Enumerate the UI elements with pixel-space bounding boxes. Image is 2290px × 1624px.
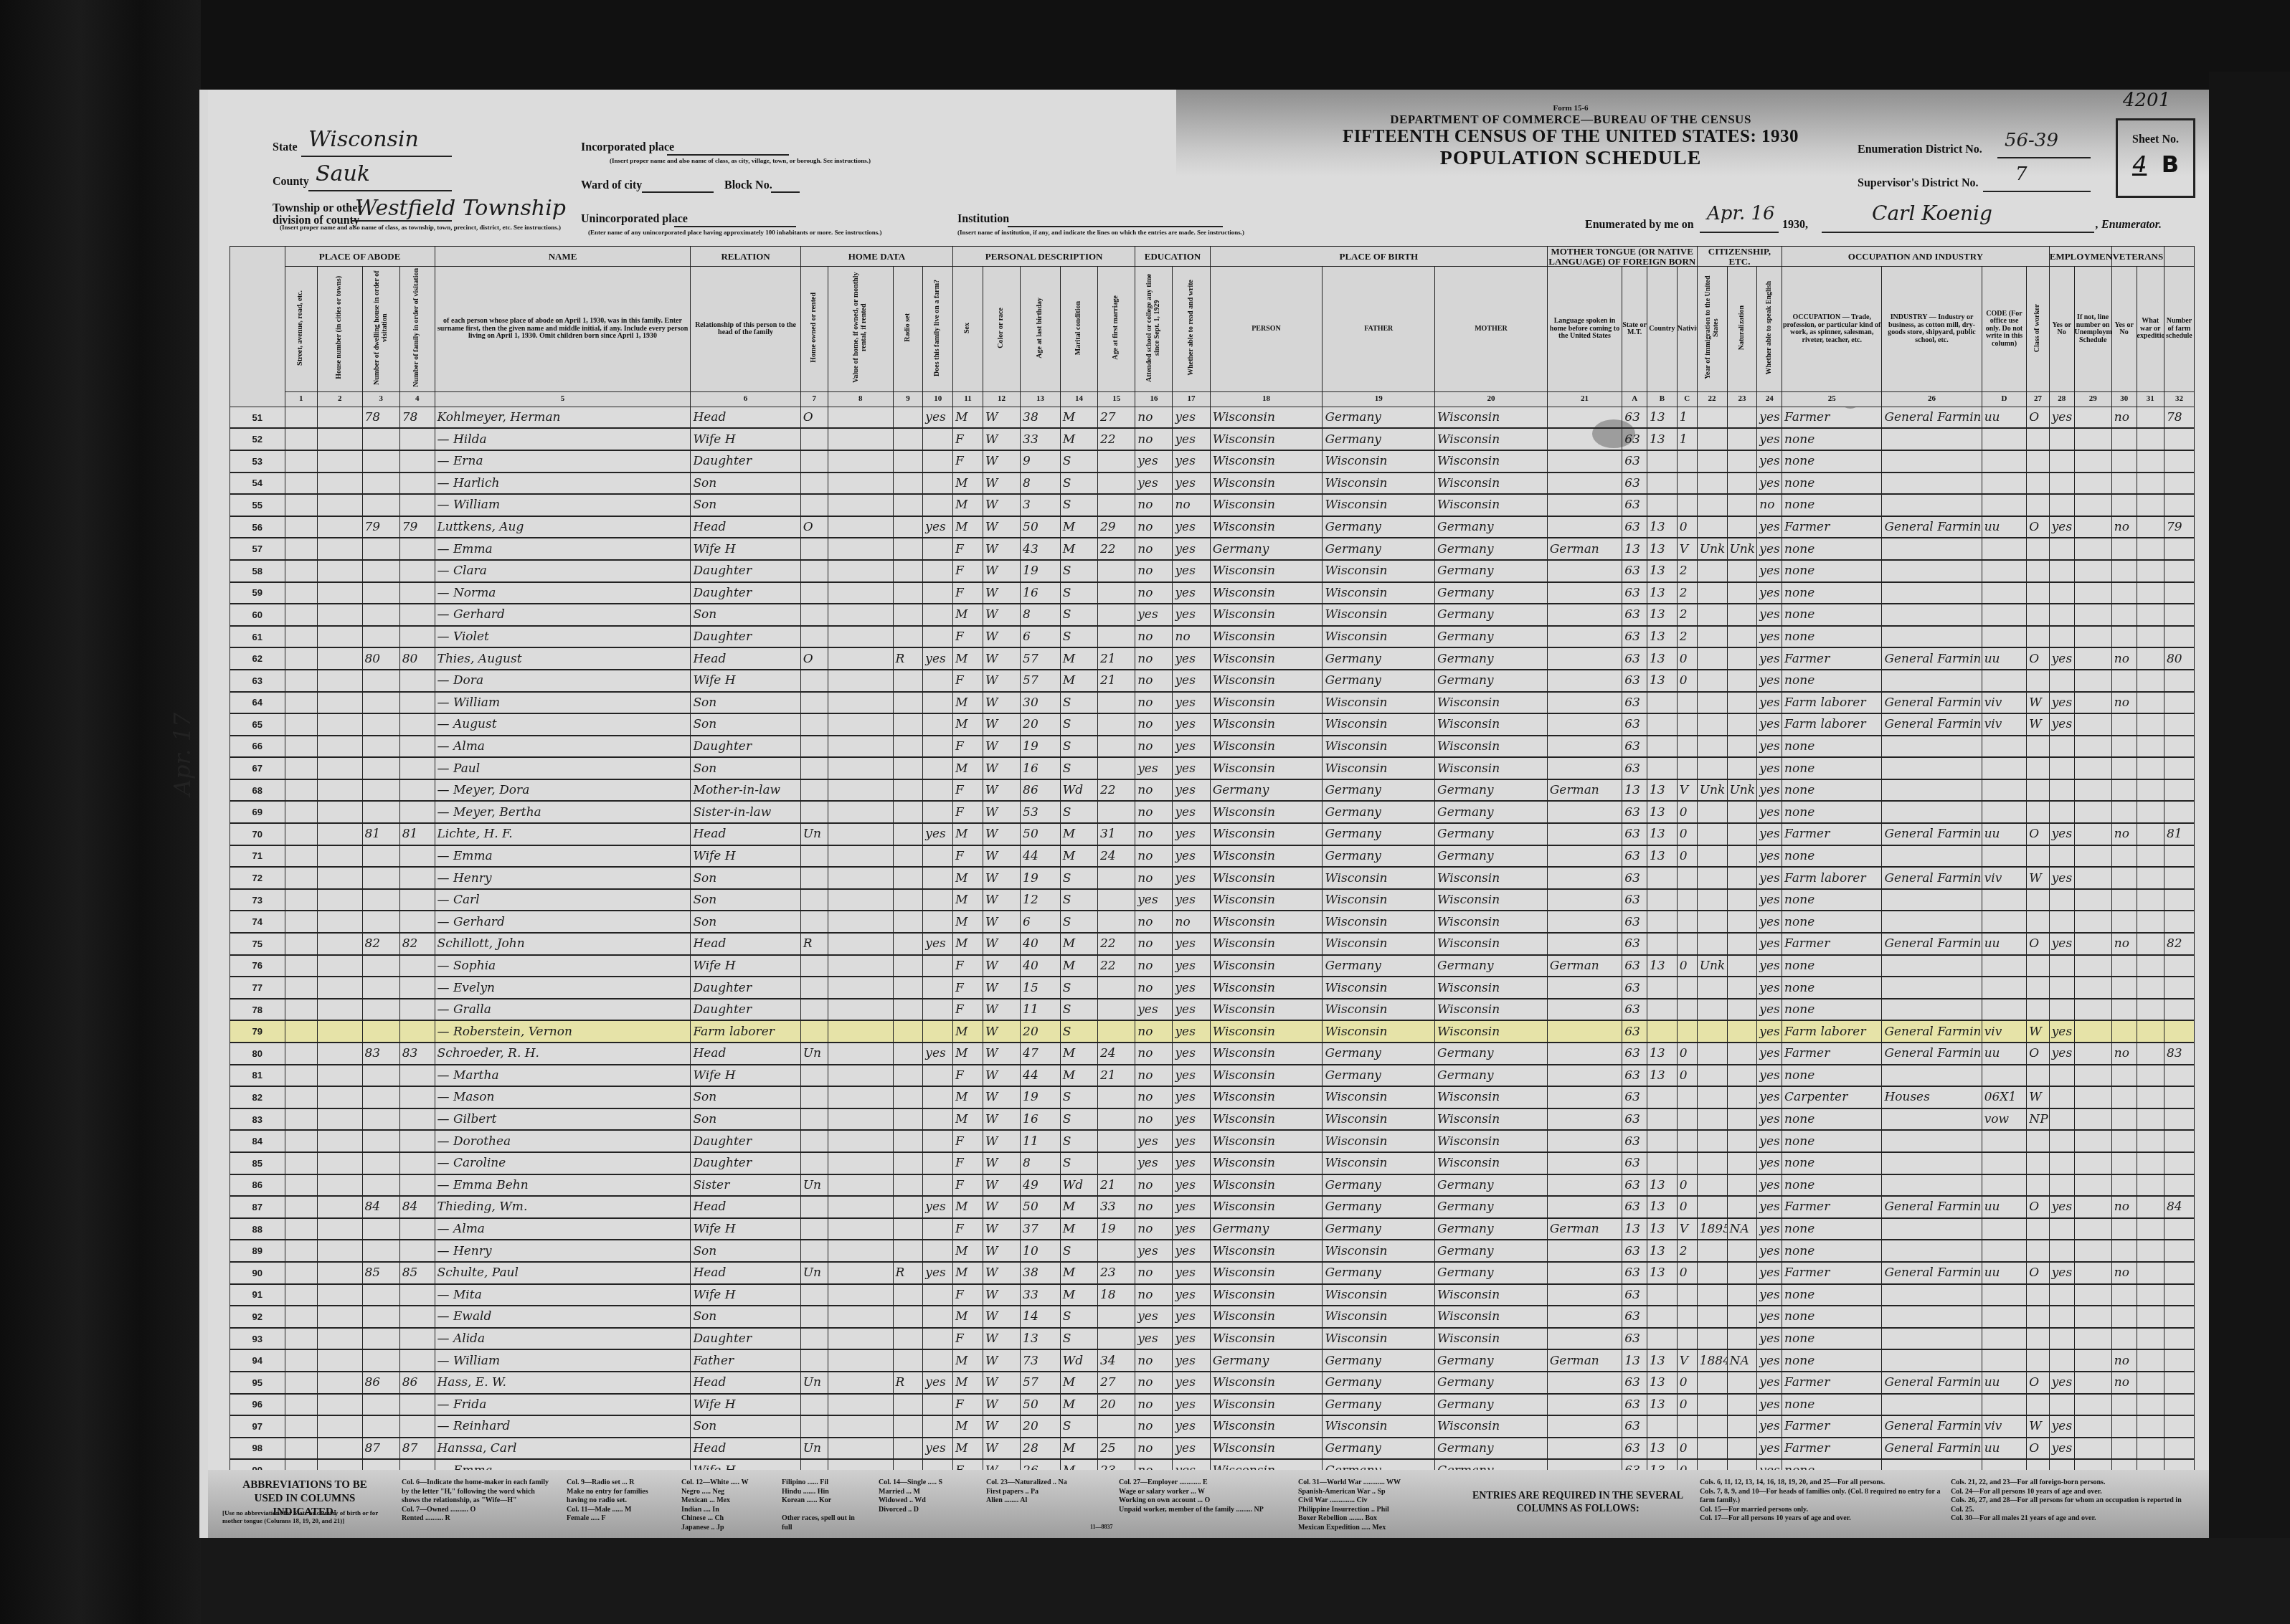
cell-english: yes [1757,933,1782,955]
cell-war [2137,1328,2164,1350]
cell-english: yes [1757,516,1782,538]
cell-birth-father: Wisconsin [1323,494,1435,516]
cell-line: 88 [230,1218,285,1240]
col-num: B [1647,391,1678,407]
cell-birth-father: Germany [1323,1372,1435,1394]
cell-birth-mother: Wisconsin [1435,1306,1548,1328]
census-row: 59— NormaDaughterFW16SnoyesWisconsinWisc… [230,582,2195,604]
cell-value [828,867,893,889]
cell-birth-father: Wisconsin [1323,1020,1435,1043]
cell-tongue [1547,626,1622,648]
cell-line: 63 [230,670,285,692]
cell-value [828,955,893,977]
cell-dwelling [362,889,399,911]
cell-class: W [2027,1020,2049,1043]
col-relation: Relationship of this person to the head … [691,267,800,392]
cell-a: 63 [1622,494,1647,516]
block-line [771,191,800,193]
cell-line: 87 [230,1196,285,1218]
cell-sex: F [953,1284,983,1306]
cell-age-marr: 31 [1098,823,1135,845]
cell-work [2049,911,2074,933]
cell-radio [893,692,923,714]
cell-c: V [1677,1349,1697,1372]
cell-name: — Alida [435,1328,691,1350]
cell-house [317,999,362,1021]
cell-natur [1727,1152,1757,1174]
state-value: Wisconsin [308,127,419,152]
cell-line: 83 [230,1108,285,1131]
cell-unemp [2074,1328,2111,1350]
cell-school: no [1135,1394,1173,1416]
cell-natur [1727,626,1757,648]
cell-race: W [983,1328,1020,1350]
cell-read: yes [1173,1306,1210,1328]
cell-value [828,1240,893,1262]
cell-race: W [983,1306,1020,1328]
cell-immig [1697,647,1727,670]
cell-vet [2111,538,2137,560]
cell-street [285,889,317,911]
cell-age-marr: 29 [1098,516,1135,538]
cell-work [2049,1065,2074,1087]
cell-work [2049,1130,2074,1152]
cell-english: yes [1757,823,1782,845]
cell-code-d [1982,911,2027,933]
cell-farm-sched [2164,1349,2194,1372]
cell-code-d: uu [1982,1262,2027,1284]
cell-work: yes [2049,823,2074,845]
cell-name: — Paul [435,757,691,779]
cell-value [828,473,893,495]
col-age: Age at last birthday [1021,267,1061,392]
col-veteran: Yes or No [2111,267,2137,392]
cell-industry [1882,1240,1982,1262]
cell-war [2137,933,2164,955]
cell-industry [1882,1152,1982,1174]
cell-name: — Meyer, Bertha [435,801,691,823]
cell-relation: Son [691,1306,800,1328]
cell-immig [1697,1020,1727,1043]
cell-name: — Dora [435,670,691,692]
cell-line: 64 [230,692,285,714]
col-num: 2 [317,391,362,407]
cell-farm [923,428,953,450]
census-row: 67— PaulSonMW16SyesyesWisconsinWisconsin… [230,757,2195,779]
col-read-write: Whether able to read and write [1173,267,1210,392]
cell-vet: no [2111,1043,2137,1065]
cell-radio [893,889,923,911]
col-num: 8 [828,391,893,407]
cell-street [285,428,317,450]
cell-farm-sched [2164,757,2194,779]
cell-natur [1727,999,1757,1021]
cell-work [2049,604,2074,626]
cell-farm [923,1108,953,1131]
cell-age: 43 [1021,538,1061,560]
cell-school: yes [1135,1306,1173,1328]
cell-marital: S [1060,757,1097,779]
cell-school: no [1135,845,1173,868]
cell-natur [1727,692,1757,714]
cell-a: 63 [1622,713,1647,736]
cell-value [828,845,893,868]
cell-age: 19 [1021,1086,1061,1108]
cell-farm-sched [2164,538,2194,560]
cell-street [285,1043,317,1065]
cell-industry [1882,779,1982,802]
cell-sex: F [953,779,983,802]
cell-farm [923,604,953,626]
cell-natur [1727,1108,1757,1131]
cell-marital: M [1060,538,1097,560]
cell-line: 98 [230,1438,285,1460]
col-num: 28 [2049,391,2074,407]
cell-tongue [1547,1284,1622,1306]
cell-b: 13 [1647,1043,1678,1065]
cell-race: W [983,1108,1020,1131]
entries-title: ENTRIES ARE REQUIRED IN THE SEVERAL COLU… [1463,1490,1693,1515]
cell-value [828,977,893,999]
cell-read: yes [1173,692,1210,714]
cell-vet [2111,867,2137,889]
cell-unemp [2074,473,2111,495]
cell-dwelling [362,1218,399,1240]
cell-a: 63 [1622,911,1647,933]
cell-value [828,1130,893,1152]
census-row: 628080Thies, AugustHeadORyesMW57M21noyes… [230,647,2195,670]
cell-work [2049,1174,2074,1197]
cell-name: — Hilda [435,428,691,450]
cell-english: yes [1757,1372,1782,1394]
cell-class [2027,889,2049,911]
cell-read: yes [1173,604,1210,626]
cell-street [285,1196,317,1218]
cell-value [828,1152,893,1174]
cell-value [828,1020,893,1043]
cell-immig [1697,428,1727,450]
cell-english: yes [1757,1065,1782,1087]
cell-value [828,670,893,692]
cell-race: W [983,713,1020,736]
col-street: Street, avenue, road, etc. [285,267,317,392]
cell-relation: Head [691,1372,800,1394]
microfilm-bottom-edge [201,1538,2290,1624]
cell-birth-person: Wisconsin [1210,801,1323,823]
cell-occupation: Farmer [1782,1415,1882,1438]
cell-age: 16 [1021,757,1061,779]
cell-work [2049,955,2074,977]
cell-unemp [2074,977,2111,999]
cell-class [2027,911,2049,933]
enumerated-date-line [1700,232,1779,233]
cell-birth-father: Germany [1323,1065,1435,1087]
cell-race: W [983,692,1020,714]
cell-code-d [1982,494,2027,516]
cell-farm [923,1086,953,1108]
cell-relation: Son [691,604,800,626]
cell-code-d [1982,670,2027,692]
cell-immig: Unk [1697,538,1727,560]
cell-natur [1727,955,1757,977]
cell-school: yes [1135,1130,1173,1152]
cell-class: O [2027,933,2049,955]
cell-race: W [983,473,1020,495]
cell-immig [1697,1328,1727,1350]
cell-race: W [983,1262,1020,1284]
cell-birth-mother: Germany [1435,801,1548,823]
cell-immig [1697,911,1727,933]
cell-english: yes [1757,911,1782,933]
cell-immig [1697,1086,1727,1108]
cell-immig [1697,670,1727,692]
cell-race: W [983,911,1020,933]
cell-farm-sched [2164,736,2194,758]
cell-value [828,516,893,538]
cell-radio [893,1043,923,1065]
cell-family [399,1240,435,1262]
cell-class [2027,1218,2049,1240]
cell-b [1647,1152,1678,1174]
cell-war [2137,1020,2164,1043]
cell-war [2137,1284,2164,1306]
cell-birth-person: Wisconsin [1210,1108,1323,1131]
cell-a: 63 [1622,933,1647,955]
cell-marital: S [1060,999,1097,1021]
census-row: 66— AlmaDaughterFW19SnoyesWisconsinWisco… [230,736,2195,758]
cell-value [828,1306,893,1328]
cell-sex: M [953,1438,983,1460]
cell-natur [1727,1065,1757,1087]
cell-marital: M [1060,845,1097,868]
cell-unemp [2074,845,2111,868]
cell-age: 33 [1021,1284,1061,1306]
cell-occupation: Farm laborer [1782,867,1882,889]
cell-age-marr: 22 [1098,538,1135,560]
cell-school: no [1135,1108,1173,1131]
census-sheet: 4201 State Wisconsin County Sauk Townshi… [208,90,2209,1538]
cell-vet: no [2111,933,2137,955]
cell-code-d: uu [1982,1196,2027,1218]
cell-natur [1727,1306,1757,1328]
cell-class [2027,1152,2049,1174]
cell-race: W [983,538,1020,560]
cell-house [317,1108,362,1131]
cell-radio [893,538,923,560]
cell-tongue [1547,516,1622,538]
cell-c: 0 [1677,670,1697,692]
cell-family [399,801,435,823]
col-birth-mother: MOTHER [1435,267,1548,392]
cell-tongue [1547,1262,1622,1284]
cell-unemp [2074,450,2111,473]
cell-sex: F [953,736,983,758]
cell-birth-person: Wisconsin [1210,1196,1323,1218]
cell-vet [2111,1020,2137,1043]
cell-name: — Dorothea [435,1130,691,1152]
cell-family [399,1415,435,1438]
cell-code-d [1982,1349,2027,1372]
cell-race: W [983,845,1020,868]
cell-relation: Daughter [691,1152,800,1174]
cell-school: yes [1135,1152,1173,1174]
cell-value [828,494,893,516]
sheet-number-box: Sheet No. 4 B [2116,118,2195,198]
cell-school: no [1135,1349,1173,1372]
cell-english: yes [1757,1020,1782,1043]
cell-occupation: none [1782,977,1882,999]
cell-farm [923,977,953,999]
cell-age-marr [1098,736,1135,758]
cell-unemp [2074,626,2111,648]
cell-sex: M [953,473,983,495]
col-occupation: OCCUPATION — Trade, profession, or parti… [1782,267,1882,392]
census-row: 74— GerhardSonMW6SnonoWisconsinWisconsin… [230,911,2195,933]
cell-birth-person: Wisconsin [1210,582,1323,604]
cell-owned [800,670,828,692]
cell-radio [893,955,923,977]
cell-occupation: Farm laborer [1782,692,1882,714]
cell-vet [2111,955,2137,977]
cell-farm [923,779,953,802]
cell-name: — William [435,494,691,516]
cell-a: 63 [1622,1108,1647,1131]
cell-tongue [1547,1394,1622,1416]
cell-sex: F [953,1065,983,1087]
cell-radio [893,1152,923,1174]
cell-work [2049,1218,2074,1240]
cell-code-d [1982,1306,2027,1328]
cell-owned [800,977,828,999]
cell-house [317,1240,362,1262]
cell-age: 13 [1021,1328,1061,1350]
cell-race: W [983,494,1020,516]
cell-name: — Violet [435,626,691,648]
cell-race: W [983,647,1020,670]
col-num: 11 [953,391,983,407]
cell-occupation: none [1782,736,1882,758]
cell-occupation: none [1782,911,1882,933]
cell-name: — August [435,713,691,736]
cell-line: 77 [230,977,285,999]
cell-birth-father: Germany [1323,955,1435,977]
cell-c: 0 [1677,955,1697,977]
cell-age: 44 [1021,1065,1061,1087]
cell-birth-father: Wisconsin [1323,1306,1435,1328]
cell-line: 71 [230,845,285,868]
cell-line: 67 [230,757,285,779]
cell-industry [1882,845,1982,868]
cell-street [285,626,317,648]
group-employment: EMPLOYMENT [2049,247,2111,267]
cell-race: W [983,450,1020,473]
cell-read: yes [1173,757,1210,779]
cell-age: 20 [1021,1415,1061,1438]
cell-natur [1727,977,1757,999]
cell-owned [800,692,828,714]
cell-house [317,1262,362,1284]
cell-birth-mother: Germany [1435,560,1548,582]
cell-line: 75 [230,933,285,955]
cell-c: 0 [1677,647,1697,670]
cell-street [285,933,317,955]
cell-war [2137,516,2164,538]
cell-line: 57 [230,538,285,560]
cell-occupation: none [1782,757,1882,779]
cell-code-d [1982,845,2027,868]
cell-code-d [1982,538,2027,560]
cell-immig [1697,1065,1727,1087]
cell-relation: Head [691,1043,800,1065]
cell-tongue [1547,692,1622,714]
cell-english: yes [1757,1240,1782,1262]
cell-value [828,1372,893,1394]
cell-tongue: German [1547,955,1622,977]
cell-read: yes [1173,933,1210,955]
cell-name: Schillott, John [435,933,691,955]
cell-industry [1882,955,1982,977]
census-row: 94— WilliamFatherMW73Wd34noyesGermanyGer… [230,1349,2195,1372]
enumerator-name: Carl Koenig [1872,201,1992,225]
cell-c [1677,450,1697,473]
cell-age-marr [1098,1415,1135,1438]
cell-vet [2111,560,2137,582]
col-class-of-worker: Class of worker [2027,267,2049,392]
cell-name: — Norma [435,582,691,604]
cell-industry [1882,450,1982,473]
cell-birth-mother: Germany [1435,1043,1548,1065]
group-personal-description: PERSONAL DESCRIPTION [953,247,1135,267]
cell-owned: R [800,933,828,955]
cell-c [1677,999,1697,1021]
cell-street [285,670,317,692]
cell-c: 2 [1677,604,1697,626]
cell-owned [800,450,828,473]
cell-value [828,779,893,802]
cell-farm-sched [2164,801,2194,823]
cell-farm [923,560,953,582]
cell-line: 55 [230,494,285,516]
cell-birth-person: Wisconsin [1210,845,1323,868]
cell-age-marr [1098,801,1135,823]
cell-vet: no [2111,1372,2137,1394]
cell-marital: M [1060,1372,1097,1394]
cell-relation: Daughter [691,736,800,758]
population-table: PLACE OF ABODE NAME RELATION HOME DATA P… [230,246,2195,1504]
cell-unemp [2074,1130,2111,1152]
cell-age-marr [1098,494,1135,516]
cell-english: yes [1757,779,1782,802]
col-language: Language spoken in home before coming to… [1547,267,1622,392]
cell-line: 59 [230,582,285,604]
cell-street [285,1086,317,1108]
cell-work [2049,670,2074,692]
cell-value [828,1415,893,1438]
cell-b: 13 [1647,779,1678,802]
cell-school: no [1135,823,1173,845]
cell-industry: General Farming [1882,1372,1982,1394]
cell-natur [1727,1174,1757,1197]
cell-marital: M [1060,428,1097,450]
cell-industry [1882,1218,1982,1240]
cell-school: no [1135,560,1173,582]
cell-vet: no [2111,647,2137,670]
cell-immig [1697,736,1727,758]
cell-race: W [983,1415,1020,1438]
cell-tongue [1547,670,1622,692]
cell-a: 63 [1622,626,1647,648]
cell-dwelling [362,1086,399,1108]
